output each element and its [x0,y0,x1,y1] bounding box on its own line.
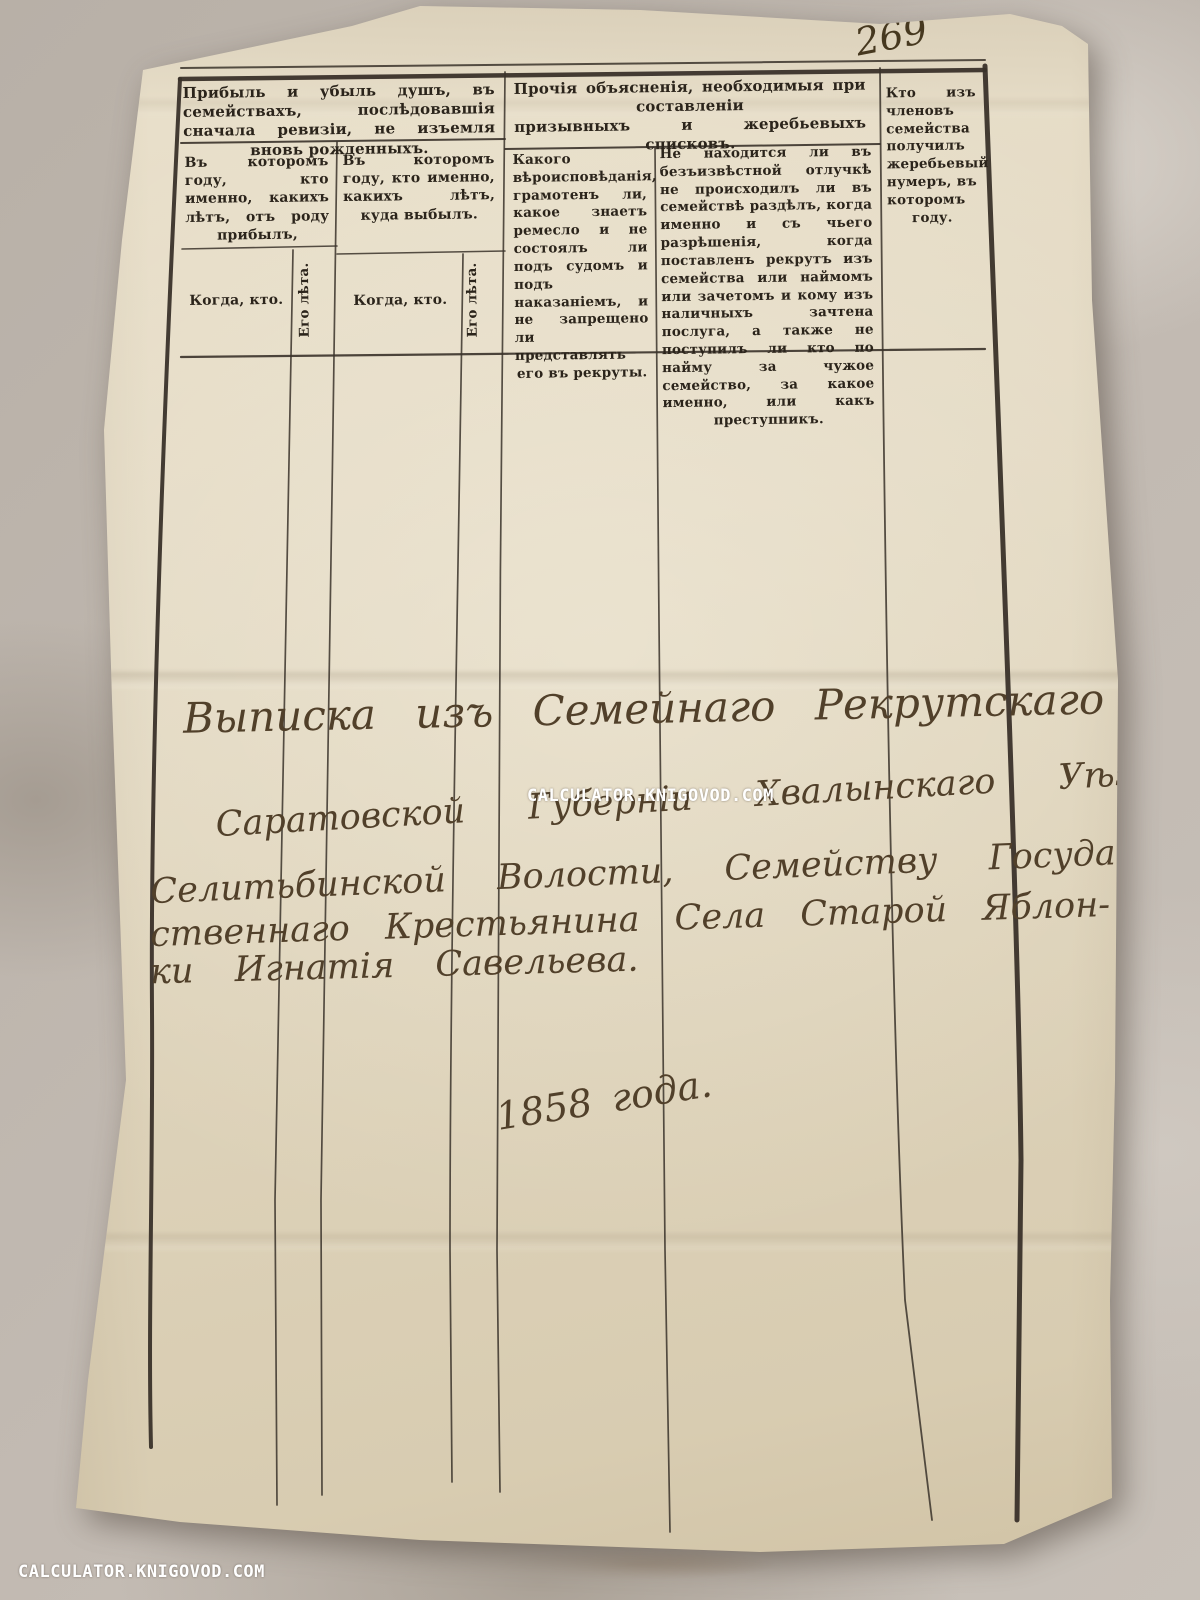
header-explanations-title-line1: Прочія объясненія, необходимыя при соста… [514,76,866,119]
header-age-2: Его лѣта. [464,250,501,350]
header-when-who-2: Когда, кто. [344,291,456,311]
header-age-1: Его лѣта. [296,250,333,350]
header-absence-column: Не находится ли въ безъизвѣстной отлучкѣ… [659,144,874,432]
header-lot-number-column: Кто изъ членовъ семейства получилъ жереб… [886,84,978,228]
watermark-bottom-left: CALCULATOR.KNIGOVOD.COM [18,1562,265,1582]
header-when-who-1: Когда, кто. [186,291,286,310]
header-faith-column: Какого вѣроисповѣданія, грамотенъ ли, ка… [512,150,649,383]
watermark-center: CALCULATOR.KNIGOVOD.COM [527,786,774,806]
header-departed-column: Въ которомъ году, кто именно, какихъ лѣт… [342,150,495,225]
header-arrived-column: Въ которомъ году, кто именно, какихъ лѣт… [184,152,329,245]
header-arrivals-group-title: Прибыль и убыль душъ, въ семействахъ, по… [183,80,496,161]
